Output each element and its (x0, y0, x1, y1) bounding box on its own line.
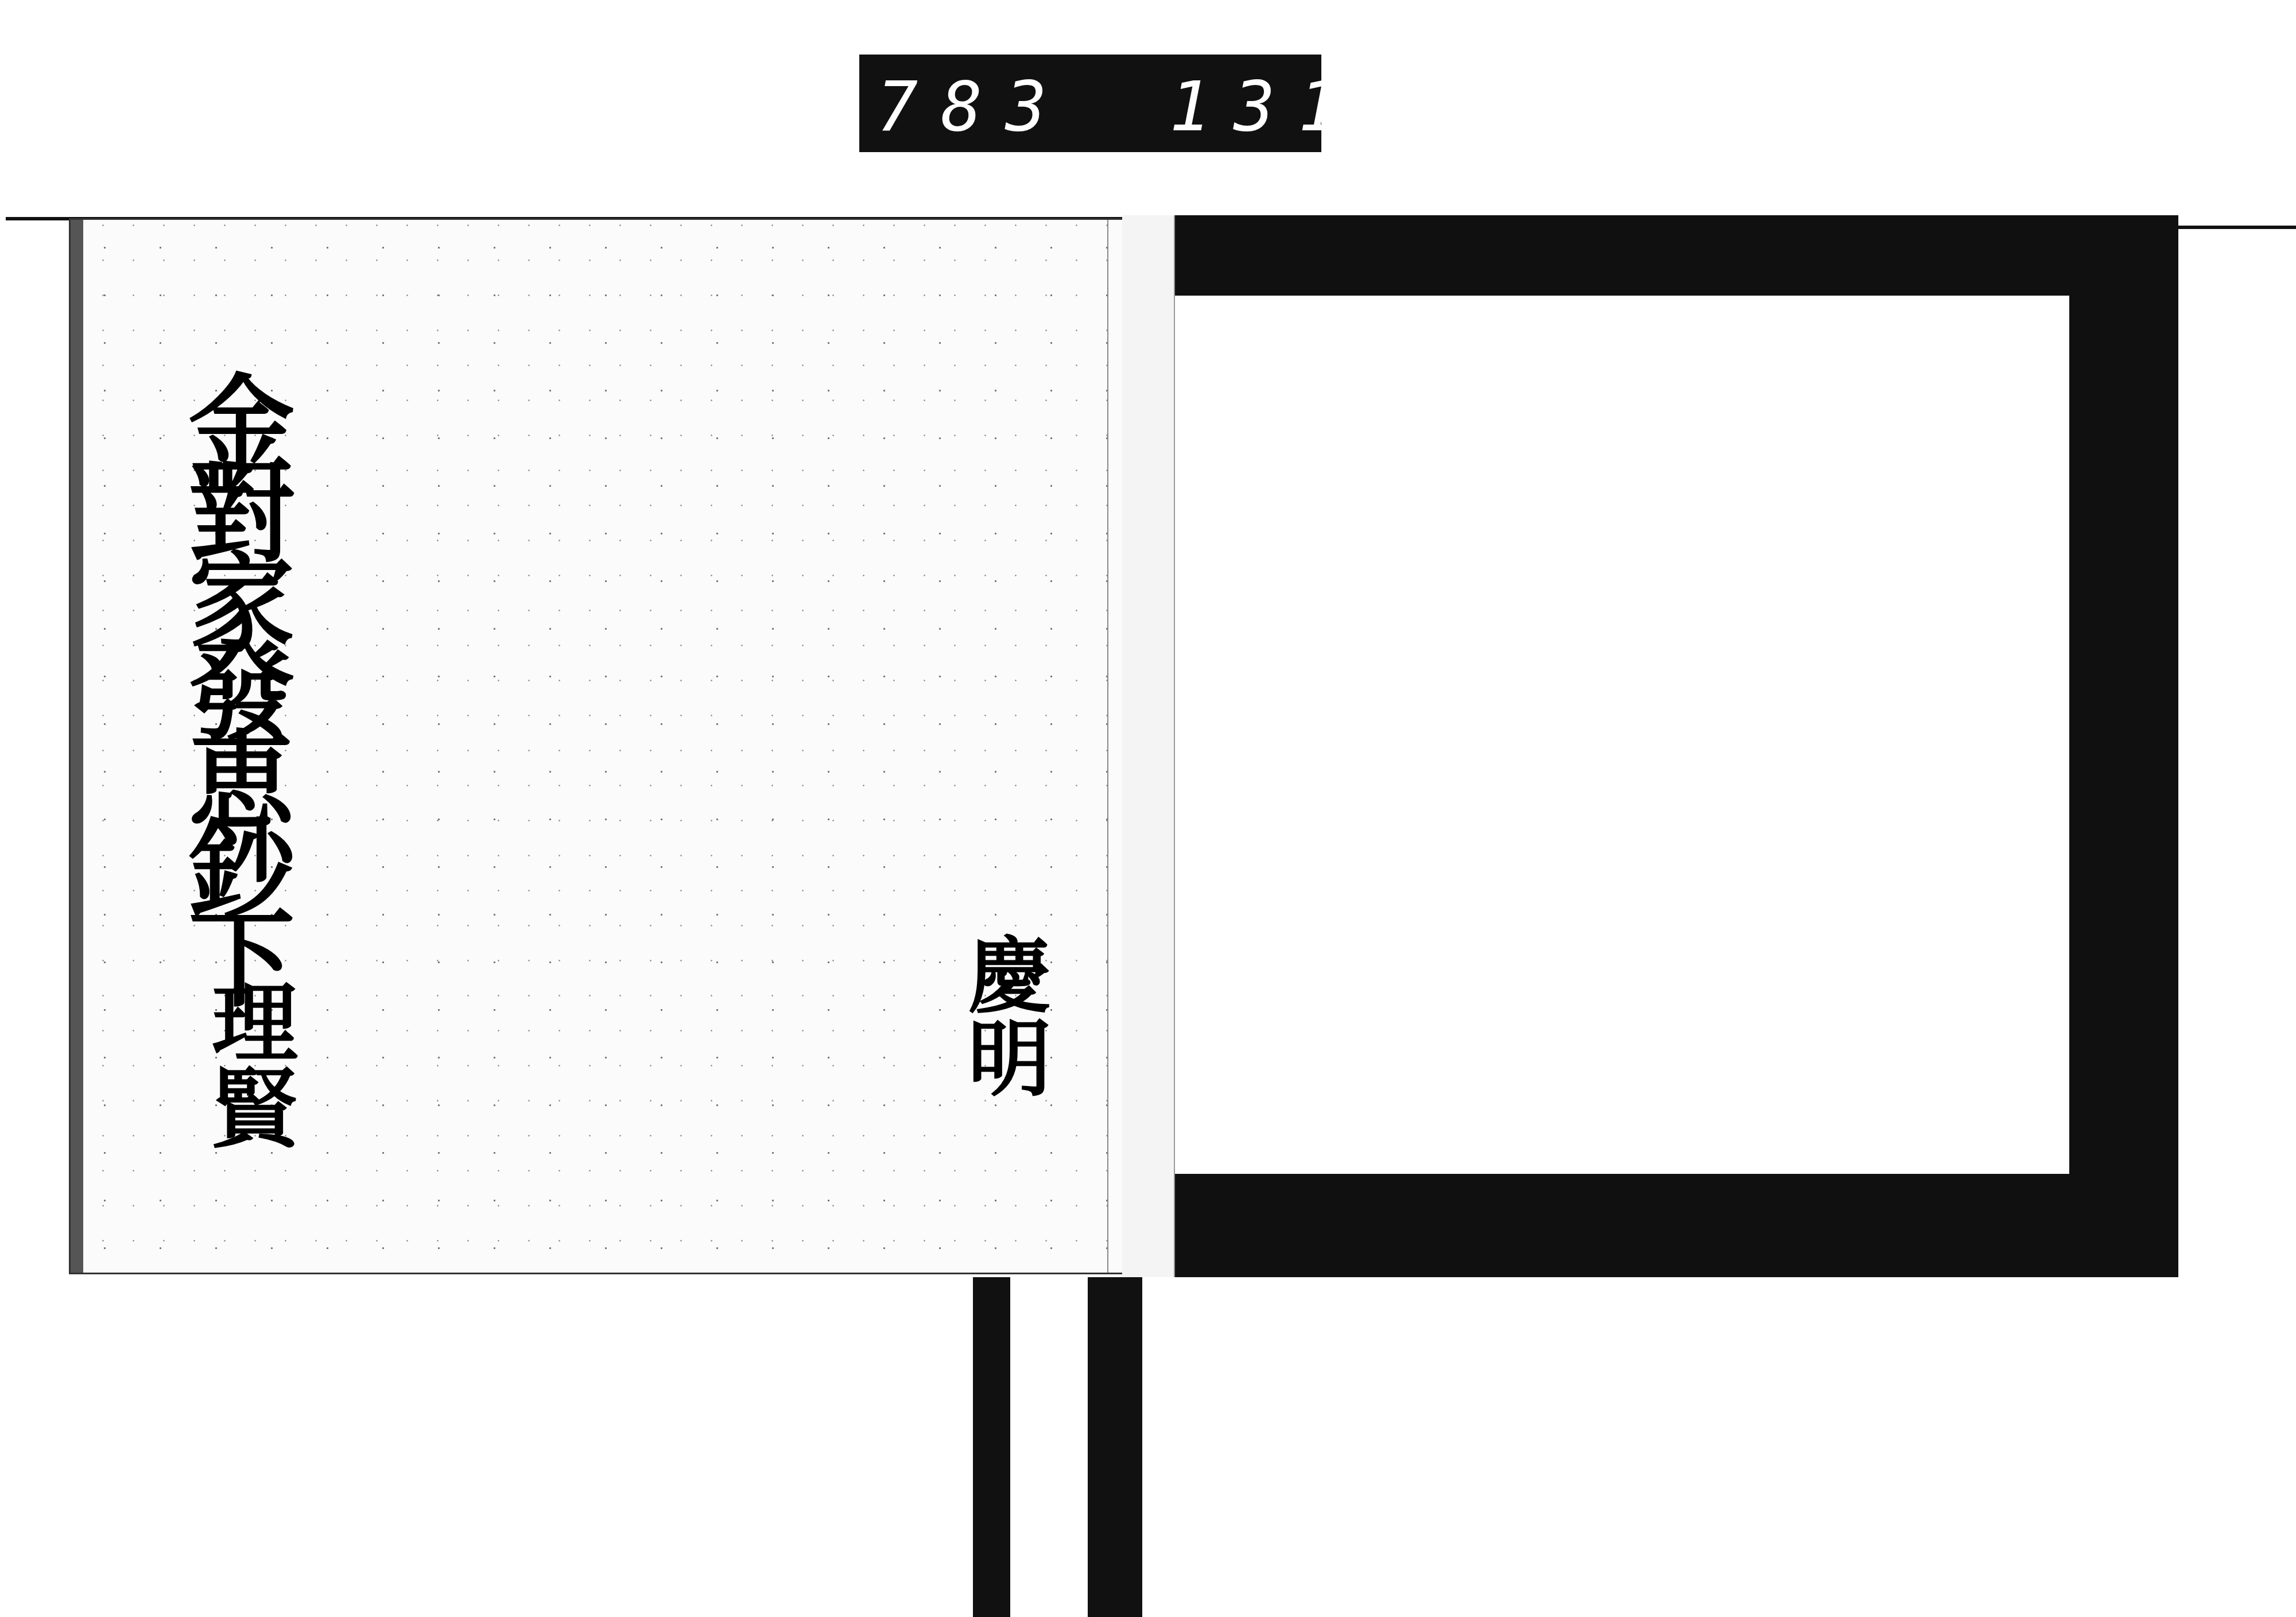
frame-number: 131. (1169, 67, 1427, 147)
board-hinge (1122, 215, 1175, 1277)
cover-spine-edge (71, 220, 83, 1273)
reel-number: 783 (876, 67, 1070, 147)
blank-inner-board (1122, 215, 2178, 1277)
board-blank-page (1174, 296, 2069, 1174)
scan-rule-right (2173, 226, 2296, 229)
book-front-cover: 金對家發恵鈔下 理賢 慶明 (69, 218, 1125, 1274)
support-post-left (973, 1277, 1010, 1617)
cover-era-inscription: 慶明 (943, 932, 1062, 1098)
microfilm-frame-counter: 783 131. (859, 55, 1321, 152)
cover-title: 金對家發恵鈔下 (180, 369, 286, 992)
cover-fold (1107, 220, 1123, 1273)
cover-owner-name: 理賢 (185, 978, 309, 1150)
support-post-right (1088, 1277, 1142, 1617)
